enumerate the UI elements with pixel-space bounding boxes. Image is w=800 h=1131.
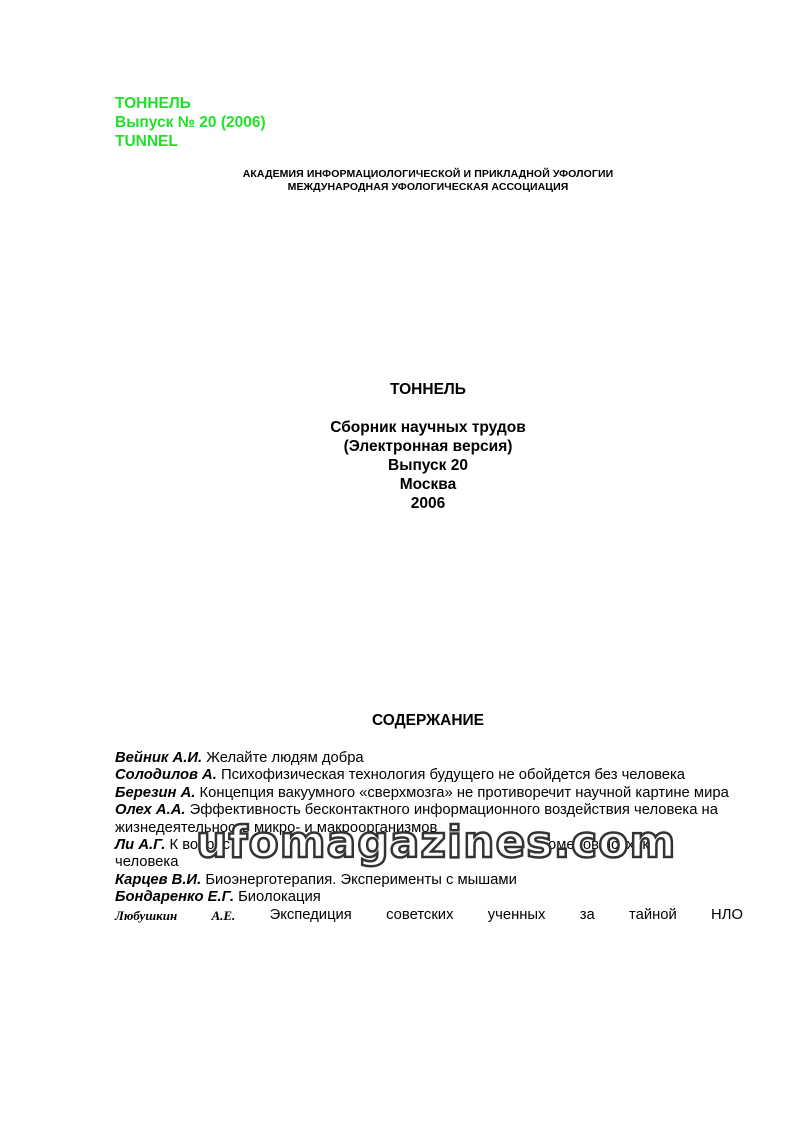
toc-title-end: оменов психики [548, 837, 657, 853]
contents-heading: СОДЕРЖАНИЕ [0, 712, 800, 730]
header-title: ТОННЕЛЬ [115, 94, 266, 113]
toc-title-word: за [580, 907, 595, 924]
toc-title: Биоэнерготерапия. Эксперименты с мышами [205, 872, 517, 888]
organization-line-1: АКАДЕМИЯ ИНФОРМАЦИОЛОГИЧЕСКОЙ И ПРИКЛАДН… [0, 168, 800, 181]
toc-entry: Вейник А.И. Желайте людям добра [115, 750, 745, 767]
toc-author: Олех А.А. [115, 802, 186, 818]
toc-author: Солодилов А. [115, 767, 217, 783]
organization-block: АКАДЕМИЯ ИНФОРМАЦИОЛОГИЧЕСКОЙ И ПРИКЛАДН… [0, 168, 800, 194]
toc-author: Березин А. [115, 785, 195, 801]
toc-title: Эффективность бесконтактного информацион… [115, 802, 718, 835]
document-year: 2006 [0, 494, 800, 513]
toc-title-continuation: человека [115, 854, 745, 871]
toc-author-surname: Любушкин [115, 907, 177, 924]
document-issue: Выпуск 20 [0, 456, 800, 475]
publication-header: ТОННЕЛЬ Выпуск № 20 (2006) TUNNEL [115, 94, 266, 151]
toc-entry: Ли А.Г. К вопросоменов психики человека [115, 837, 745, 872]
organization-line-2: МЕЖДУНАРОДНАЯ УФОЛОГИЧЕСКАЯ АССОЦИАЦИЯ [0, 181, 800, 194]
toc-author-initials: А.Е. [211, 907, 235, 924]
toc-title: Биолокация [238, 889, 321, 905]
toc-title-word: советских [386, 907, 453, 924]
document-city: Москва [0, 475, 800, 494]
document-subtitle: Сборник научных трудов [0, 418, 800, 437]
toc-title-word: ученных [488, 907, 546, 924]
toc-author: Карцев В.И. [115, 872, 201, 888]
header-title-english: TUNNEL [115, 132, 266, 151]
title-block: ТОННЕЛЬ Сборник научных трудов (Электрон… [0, 380, 800, 513]
document-edition: (Электронная версия) [0, 437, 800, 456]
header-issue: Выпуск № 20 (2006) [115, 113, 266, 132]
toc-entry-justified: Любушкин А.Е. Экспедиция советских ученн… [115, 907, 743, 924]
toc-entry: Олех А.А. Эффективность бесконтактного и… [115, 802, 745, 837]
toc-author: Ли А.Г. [115, 837, 165, 853]
toc-entry: Бондаренко Е.Г. Биолокация [115, 889, 745, 906]
toc-title-word: тайной [629, 907, 677, 924]
toc-author: Вейник А.И. [115, 750, 202, 766]
document-title: ТОННЕЛЬ [0, 380, 800, 399]
table-of-contents: Вейник А.И. Желайте людям добра Солодило… [115, 750, 745, 924]
toc-title: Концепция вакуумного «сверхмозга» не про… [200, 785, 729, 801]
toc-title-word: НЛО [711, 907, 743, 924]
toc-entry: Карцев В.И. Биоэнерготерапия. Эксперимен… [115, 872, 745, 889]
toc-entry: Солодилов А. Психофизическая технология … [115, 767, 745, 784]
toc-entry: Березин А. Концепция вакуумного «сверхмо… [115, 785, 745, 802]
toc-author: Бондаренко Е.Г. [115, 889, 234, 905]
toc-title: Психофизическая технология будущего не о… [221, 767, 685, 783]
toc-title-start: К вопрос [170, 837, 231, 853]
toc-title-word: Экспедиция [270, 907, 352, 924]
toc-title: Желайте людям добра [206, 750, 363, 766]
